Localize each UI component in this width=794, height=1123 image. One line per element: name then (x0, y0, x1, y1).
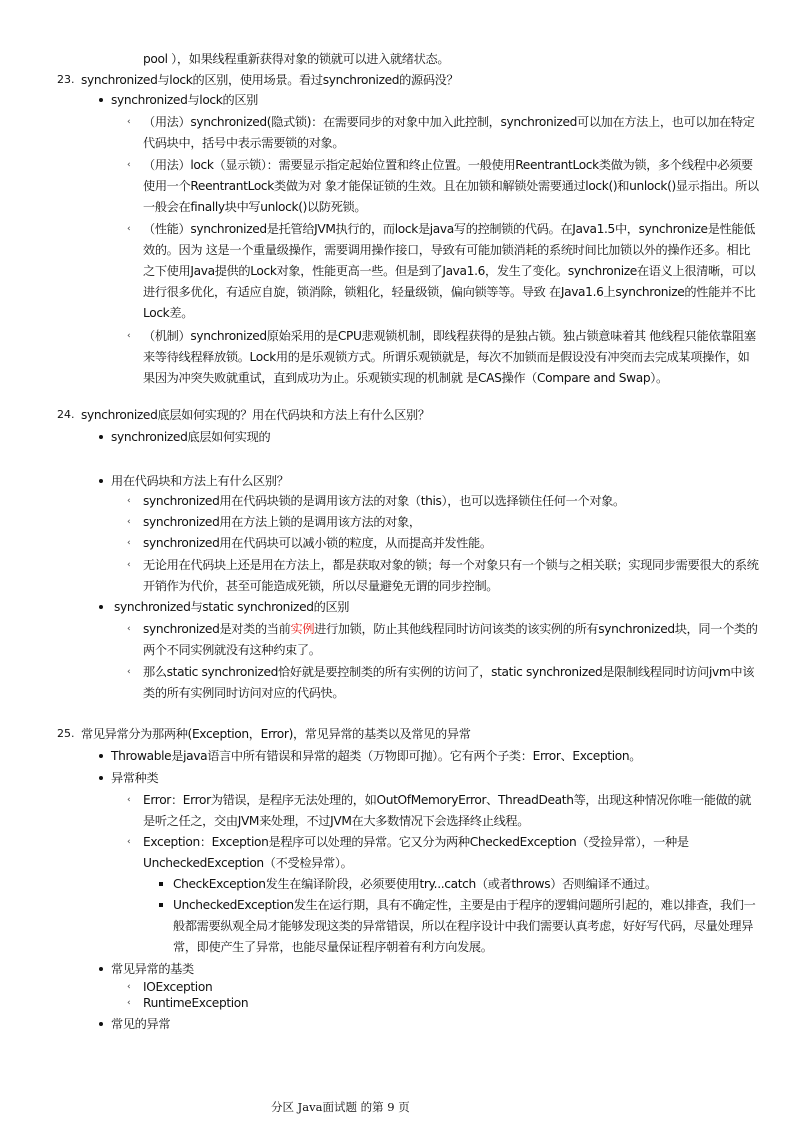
q23-item-mech-line2: 来等待线程释放锁。Lock用的是乐观锁方式。所谓乐观锁就是，每次不加锁而是假设没… (143, 347, 749, 367)
q25-unchecked-line1: UncheckedException发生在运行期，具有不确定性，主要是由于程序的… (173, 895, 755, 915)
q24-bullet-diff: 用在代码块和方法上有什么区别？ (111, 471, 289, 491)
q25-error-line2: 是听之任之，交由JVM来处理，不过JVM在大多数情况下会选择终止线程。 (143, 811, 529, 831)
q25-unchecked-line2: 般都需要纵观全局才能够发现这类的异常错误，所以在程序设计中我们需要认真考虑，好好… (173, 916, 753, 936)
q25-error-line1: Error：Error为错误，是程序无法处理的，如OutOfMemoryErro… (143, 790, 751, 810)
bullet-square-icon (159, 903, 163, 907)
bullet-dot-icon (99, 776, 103, 780)
q23-item-perf-line3: 之下使用Java提供的Lock对象，性能更高一些。但是到了Java1.6，发生了… (143, 261, 755, 281)
q23-item-lock-line3: 一般会在finally块中写unlock()以防死锁。 (143, 197, 366, 217)
q25-checked-line: CheckException发生在编译阶段，必须要使用try...catch（或… (173, 874, 657, 894)
q24-bullet-impl: synchronized底层如何实现的 (111, 427, 270, 447)
q24-static-item-1-line2: 两个不同实例就没有这种约束了。 (143, 640, 321, 660)
text-segment: 进行加锁，防止其他线程同时访问该类的该实例的所有synchronized块，同一… (314, 622, 757, 636)
q24-static-item-1-line1: synchronized是对类的当前实例进行加锁，防止其他线程同时访问该类的该实… (143, 619, 758, 639)
bullet-dot-icon (99, 435, 103, 439)
q23-item-mech-line3: 果因为冲突失败就重试，直到成功为止。乐观锁实现的机制就 是CAS操作（Compa… (143, 368, 668, 388)
q23-item-lock-line1: （用法）lock（显示锁）：需要显示指定起始位置和终止位置。一般使用Reentr… (143, 155, 753, 175)
q24-diff-item-4-line1: 无论用在代码块上还是用在方法上，都是获取对象的锁；每一个对象只有一个锁与之相关联… (143, 555, 759, 575)
q24-static-item-2-line2: 类的所有实例同时访问对应的代码快。 (143, 683, 344, 703)
bullet-dot-icon (99, 967, 103, 971)
bullet-arrow-icon: ‹ (127, 619, 131, 639)
bullet-arrow-icon: ‹ (127, 555, 131, 575)
q24-title: synchronized底层如何实现的？用在代码块和方法上有什么区别？ (81, 405, 430, 425)
bullet-arrow-icon: ‹ (127, 790, 131, 810)
q24-diff-item-4-line2: 开销作为代价，甚至可能造成死锁，所以尽量避免无谓的同步控制。 (143, 576, 498, 596)
q23-item-usage-line2: 代码块中，括号中表示需要锁的对象。 (143, 133, 344, 153)
bullet-dot-icon (99, 754, 103, 758)
bullet-arrow-icon: ‹ (127, 662, 131, 682)
q24-diff-item-1: synchronized用在代码块锁的是调用该方法的对象（this），也可以选择… (143, 491, 625, 511)
document-page: pool ），如果线程重新获得对象的锁就可以进入就绪状态。 23. synchr… (0, 0, 794, 1123)
q25-title: 常见异常分为那两种(Exception，Error)，常见异常的基类以及常见的异… (81, 724, 471, 744)
q25-bullet-kinds: 异常种类 (111, 768, 158, 788)
q23-item-perf-line1: （性能）synchronized是托管给JVM执行的，而lock是java写的控… (143, 219, 755, 239)
bullet-arrow-icon: ‹ (127, 326, 131, 346)
q25-bullet-throwable: Throwable是java语言中所有错误和异常的超类（万物即可抛）。它有两个子… (111, 746, 641, 766)
q24-static-item-2-line1: 那么static synchronized恰好就是要控制类的所有实例的访问了，s… (143, 662, 754, 682)
q25-bullet-common: 常见的异常 (111, 1014, 170, 1034)
q25-exception-line2: UncheckedException（不受检异常）。 (143, 853, 352, 873)
q24-bullet-static: synchronized与static synchronized的区别 (114, 597, 349, 617)
q25-unchecked-line3: 常，即使产生了异常，也能尽量保证程序朝着有利方向发展。 (173, 937, 493, 957)
bullet-arrow-icon: ‹ (127, 155, 131, 175)
bullet-square-icon (159, 882, 163, 886)
q23-item-perf-line5: Lock差。 (143, 303, 193, 323)
q23-item-perf-line4: 进行很多优化，有适应自旋，锁消除，锁粗化，轻量级锁，偏向锁等等。导致 在Java… (143, 282, 755, 302)
q24-diff-item-2: synchronized用在方法上锁的是调用该方法的对象， (143, 512, 421, 532)
q23-item-perf-line2: 效的。因为 这是一个重量级操作，需要调用操作接口，导致有可能加锁消耗的系统时间比… (143, 240, 750, 260)
q24-number: 24. (57, 405, 75, 425)
bullet-arrow-icon: ‹ (127, 993, 131, 1013)
q25-base-runtimeexception: RuntimeException (143, 993, 248, 1013)
q23-title: synchronized与lock的区别，使用场景。看过synchronized… (81, 70, 458, 90)
bullet-arrow-icon: ‹ (127, 832, 131, 852)
q23-item-lock-line2: 使用一个ReentrantLock类做为对 象才能保证锁的生效。且在加锁和解锁处… (143, 176, 759, 196)
highlighted-word: 实例 (290, 622, 314, 636)
q23-item-usage-line1: （用法）synchronized(隐式锁)：在需要同步的对象中加入此控制，syn… (143, 112, 755, 132)
q25-number: 25. (57, 724, 75, 744)
bullet-dot-icon (99, 1022, 103, 1026)
bullet-dot-icon (99, 605, 103, 609)
q25-bullet-base: 常见异常的基类 (111, 959, 194, 979)
text-segment: synchronized是对类的当前 (143, 622, 290, 636)
q23-bullet: synchronized与lock的区别 (111, 90, 258, 110)
q23-number: 23. (57, 70, 75, 90)
q24-diff-item-3: synchronized用在代码块可以减小锁的粒度，从而提高并发性能。 (143, 533, 492, 553)
page-footer: 分区 Java面试题 的第 9 页 (271, 1099, 410, 1115)
q23-item-mech-line1: （机制）synchronized原始采用的是CPU悲观锁机制，即线程获得的是独占… (143, 326, 756, 346)
bullet-arrow-icon: ‹ (127, 491, 131, 511)
bullet-dot-icon (99, 98, 103, 102)
bullet-arrow-icon: ‹ (127, 533, 131, 553)
bullet-arrow-icon: ‹ (127, 219, 131, 239)
bullet-dot-icon (99, 479, 103, 483)
continuation-text: pool ），如果线程重新获得对象的锁就可以进入就绪状态。 (143, 49, 449, 69)
bullet-arrow-icon: ‹ (127, 512, 131, 532)
bullet-arrow-icon: ‹ (127, 112, 131, 132)
q25-exception-line1: Exception：Exception是程序可以处理的异常。它又分为两种Chec… (143, 832, 689, 852)
